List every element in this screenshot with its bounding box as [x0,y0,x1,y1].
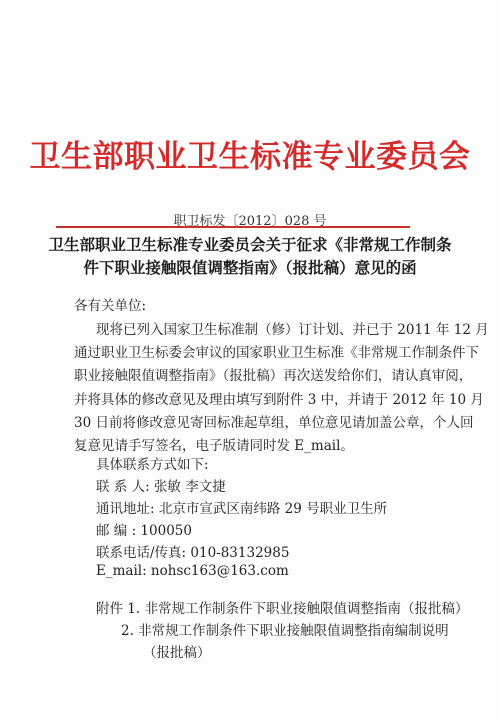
paragraph-line: 现将已列入国家卫生标准制（修）订计划、并已于 2011 年 12 月 [96,318,489,338]
attachment-1: 附件 1. 非常规工作制条件下职业接触限值调整指南（报批稿） [96,597,468,617]
contact-intro: 具体联系方式如下: [96,453,209,473]
contact-phone: 联系电话/传真: 010-83132985 [96,541,289,561]
paragraph-line: 并将具体的修改意见及理由填写到附件 3 中，并请于 2012 年 10 月 [74,388,484,408]
paragraph-line: 职业接触限值调整指南》（报批稿）再次送发给你们，请认真审阅， [74,364,472,384]
organization-title: 卫生部职业卫生标准专业委员会 [0,131,500,176]
contact-person: 联 系 人: 张敏 李文捷 [96,475,226,495]
paragraph-line: 30 日前将修改意见寄回标准起草组，单位意见请加盖公章，个人回 [74,411,473,431]
red-divider-line [56,226,410,228]
contact-address: 通讯地址: 北京市宣武区南纬路 29 号职业卫生所 [96,497,387,517]
contact-email: E_mail: nohsc163@163.com [96,563,289,579]
paragraph-line: 通过职业卫生标委会审议的国家职业卫生标准《非常规工作制条件下 [74,341,479,361]
attachment-2: 2. 非常规工作制条件下职业接触限值调整指南编制说明 [121,619,449,639]
attachment-2-continuation: （报批稿） [143,641,211,661]
paragraph-line: 复意见请手写签名，电子版请同时发 E_mail。 [74,434,354,454]
subject-line-2: 件下职业接触限值调整指南》（报批稿）意见的函 [0,256,500,278]
subject-line-1: 卫生部职业卫生标准专业委员会关于征求《非常规工作制条 [0,233,500,255]
contact-postcode: 邮 编 : 100050 [96,519,192,539]
salutation: 各有关单位: [74,294,146,314]
